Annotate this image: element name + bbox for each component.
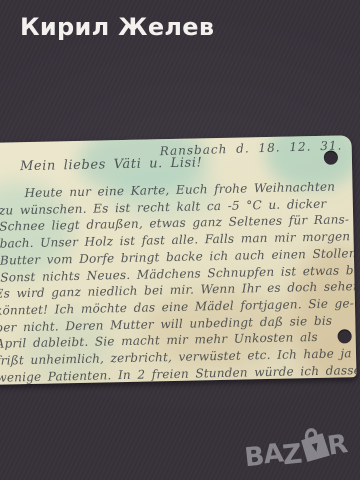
postcard-photo[interactable]: Ransbach d. 18. 12. 31. Mein liebes Väti…	[0, 135, 356, 385]
letter-body: Heute nur eine Karte, Euch frohe Weihnac…	[0, 178, 356, 385]
logo-letter-z: Z	[281, 438, 304, 471]
letter-salutation: Mein liebes Väti u. Lisi!	[20, 155, 203, 174]
logo-letter-r: R	[325, 429, 349, 462]
seller-name-caption: Кирил Желев	[20, 13, 214, 41]
punch-hole	[324, 151, 338, 165]
bazar-watermark-logo: B A Z R	[242, 420, 350, 479]
